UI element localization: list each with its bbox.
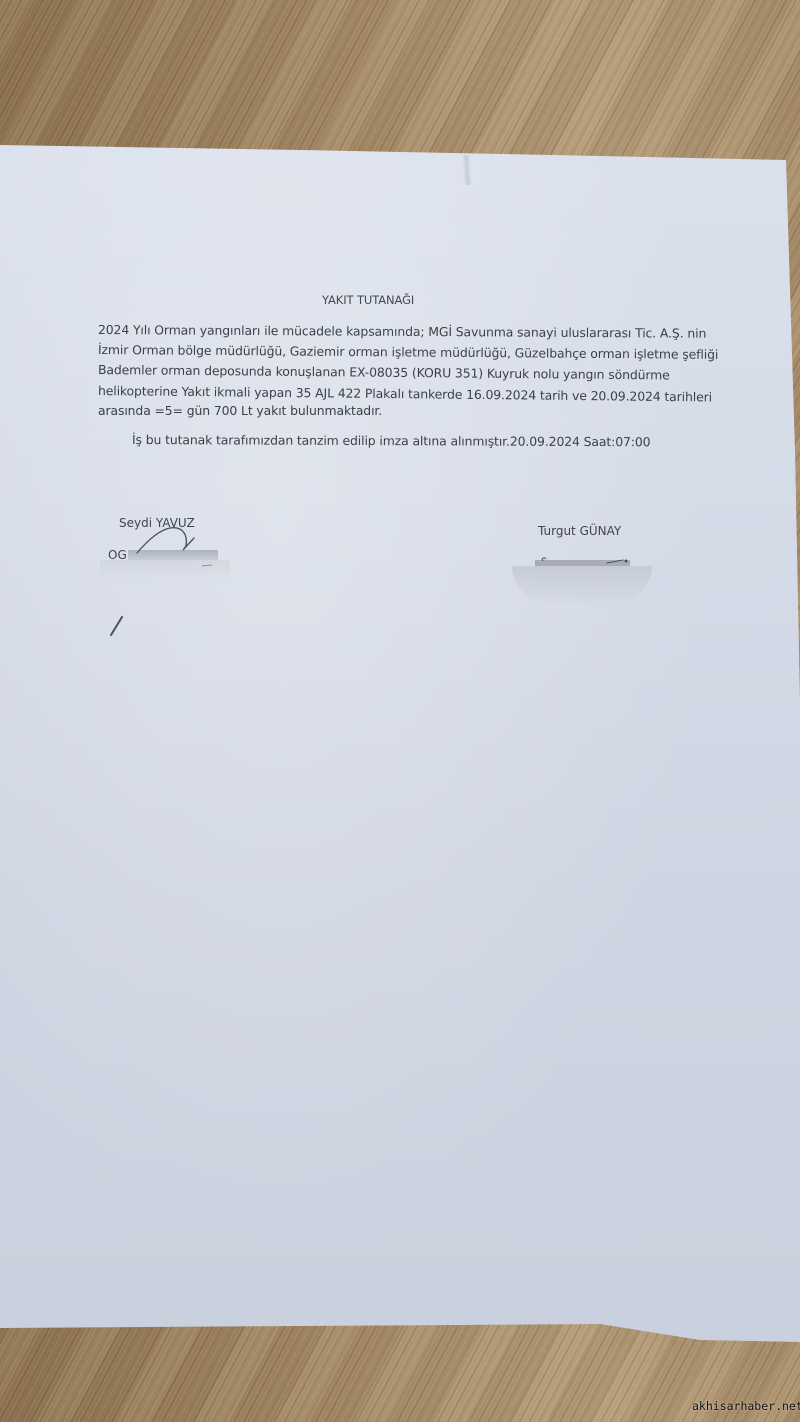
paper-lighting [0, 0, 800, 1422]
redaction-bar-left [128, 550, 218, 560]
signatory-name-right: Turgut GÜNAY [538, 524, 621, 538]
document-title: YAKIT TUTANAĞI [322, 293, 414, 307]
body-line: arasında =5= gün 700 Lt yakıt bulunmakta… [98, 403, 382, 418]
closing-statement: İş bu tutanak tarafımızdan tanzim edilip… [132, 432, 651, 449]
signatory-name-left: Seydi YAVUZ [119, 516, 195, 530]
redaction-blur-left [100, 560, 230, 580]
watermark: akhisarhaber.net [692, 1399, 800, 1413]
redaction-blur-right [512, 566, 652, 602]
